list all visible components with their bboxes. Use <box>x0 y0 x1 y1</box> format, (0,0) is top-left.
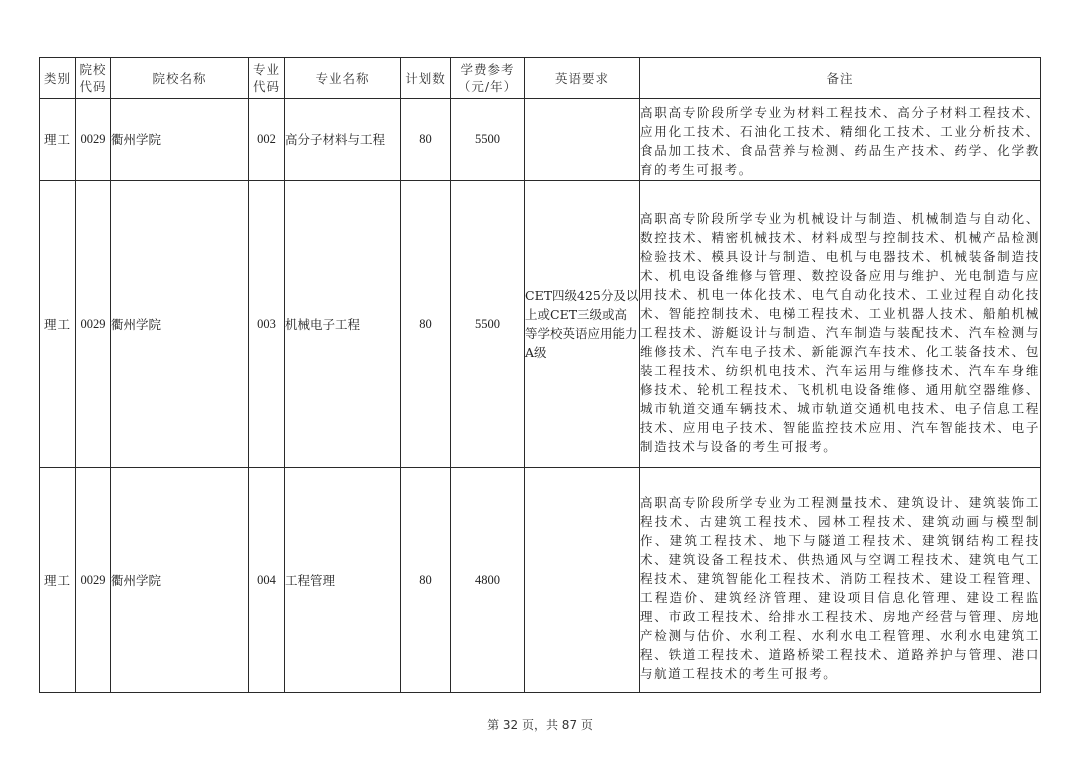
cell-plan: 80 <box>401 99 451 181</box>
cell-major-name: 高分子材料与工程 <box>285 99 401 181</box>
header-school-name: 院校名称 <box>111 58 249 99</box>
cell-category: 理工 <box>40 99 76 181</box>
cell-english <box>525 468 640 693</box>
header-major-code: 专业 代码 <box>249 58 285 99</box>
cell-tuition: 5500 <box>451 99 525 181</box>
cell-major-code: 003 <box>249 181 285 468</box>
cell-notes: 高职高专阶段所学专业为工程测量技术、建筑设计、建筑装饰工程技术、古建筑工程技术、… <box>640 468 1041 693</box>
cell-major-name: 机械电子工程 <box>285 181 401 468</box>
header-notes: 备注 <box>640 58 1041 99</box>
cell-notes: 高职高专阶段所学专业为材料工程技术、高分子材料工程技术、应用化工技术、石油化工技… <box>640 99 1041 181</box>
header-school-code: 院校 代码 <box>76 58 111 99</box>
cell-school-name: 衢州学院 <box>111 468 249 693</box>
table-header-row: 类别 院校 代码 院校名称 专业 代码 专业名称 计划数 学费参考 （元/年） … <box>40 58 1041 99</box>
cell-major-name: 工程管理 <box>285 468 401 693</box>
cell-plan: 80 <box>401 181 451 468</box>
cell-school-code: 0029 <box>76 468 111 693</box>
cell-major-code: 004 <box>249 468 285 693</box>
cell-english <box>525 99 640 181</box>
header-tuition: 学费参考 （元/年） <box>451 58 525 99</box>
table-row: 理工 0029 衢州学院 004 工程管理 80 4800 高职高专阶段所学专业… <box>40 468 1041 693</box>
header-english: 英语要求 <box>525 58 640 99</box>
cell-school-code: 0029 <box>76 181 111 468</box>
table-row: 理工 0029 衢州学院 002 高分子材料与工程 80 5500 高职高专阶段… <box>40 99 1041 181</box>
cell-english: CET四级425分及以上或CET三级或高等学校英语应用能力A级 <box>525 181 640 468</box>
cell-major-code: 002 <box>249 99 285 181</box>
cell-tuition: 5500 <box>451 181 525 468</box>
cell-school-name: 衢州学院 <box>111 99 249 181</box>
cell-category: 理工 <box>40 468 76 693</box>
cell-school-name: 衢州学院 <box>111 181 249 468</box>
document-page: 类别 院校 代码 院校名称 专业 代码 专业名称 计划数 学费参考 （元/年） … <box>0 0 1080 764</box>
admissions-table: 类别 院校 代码 院校名称 专业 代码 专业名称 计划数 学费参考 （元/年） … <box>39 57 1041 693</box>
cell-notes: 高职高专阶段所学专业为机械设计与制造、机械制造与自动化、数控技术、精密机械技术、… <box>640 181 1041 468</box>
header-category: 类别 <box>40 58 76 99</box>
cell-tuition: 4800 <box>451 468 525 693</box>
cell-category: 理工 <box>40 181 76 468</box>
header-major-name: 专业名称 <box>285 58 401 99</box>
header-plan: 计划数 <box>401 58 451 99</box>
table-row: 理工 0029 衢州学院 003 机械电子工程 80 5500 CET四级425… <box>40 181 1041 468</box>
page-number: 第 32 页，共 87 页 <box>0 716 1080 733</box>
cell-plan: 80 <box>401 468 451 693</box>
cell-school-code: 0029 <box>76 99 111 181</box>
